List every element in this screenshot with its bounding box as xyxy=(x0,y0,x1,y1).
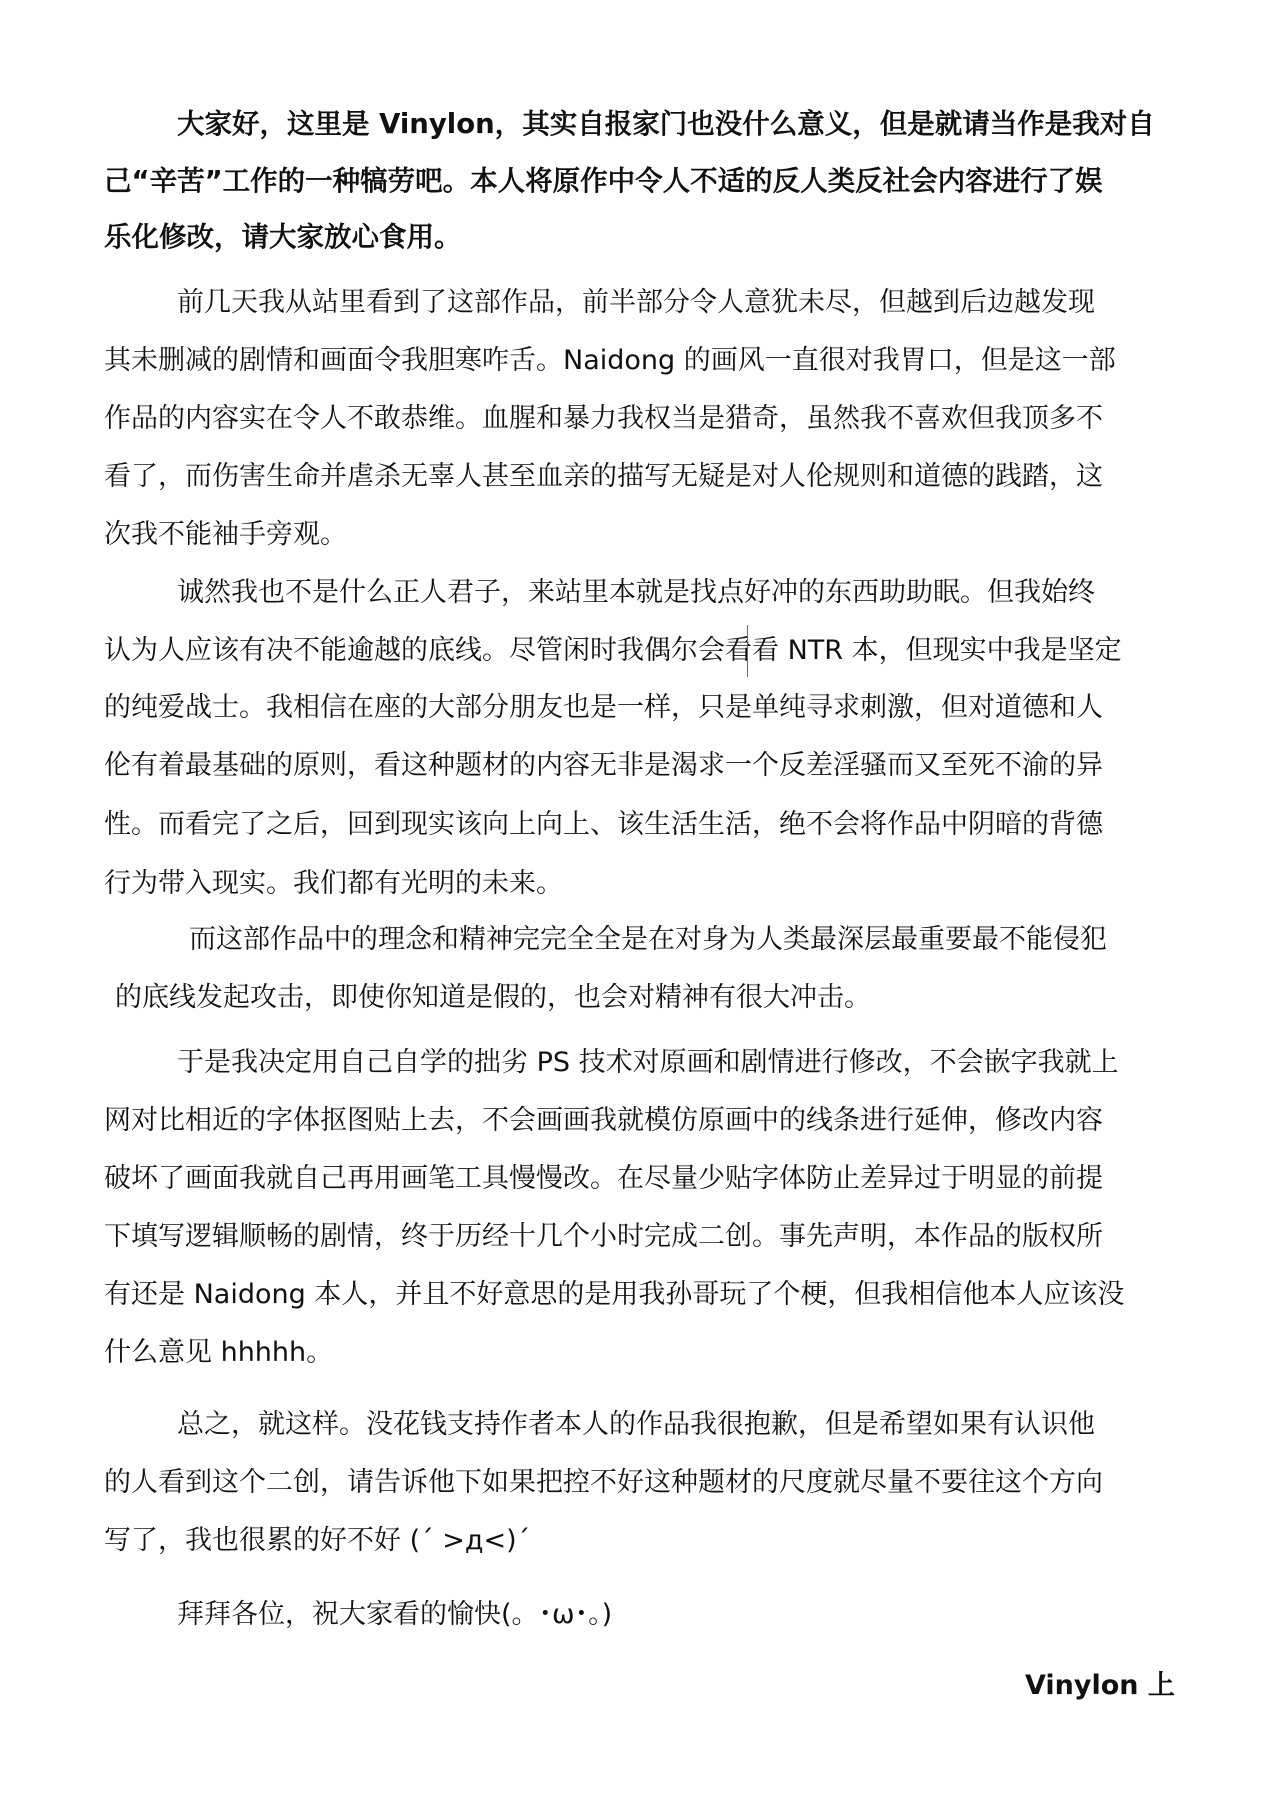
intro-line-1: 大家好，这里是 Vinylon，其实自报家门也没什么意义，但是就请当作是我对自 xyxy=(177,106,1155,142)
paragraph-5-line-1: 总之，就这样。没花钱支持作者本人的作品我很抱歉，但是希望如果有认识他 xyxy=(177,1407,1095,1443)
paragraph-4-line-3: 破坏了画面我就自己再用画笔工具慢慢改。在尽量少贴字体防止差异过于明显的前提 xyxy=(104,1161,1103,1197)
intro-line-2: 己“辛苦”工作的一种犒劳吧。本人将原作中令人不适的反人类反社会内容进行了娱 xyxy=(104,163,1103,199)
paragraph-4-line-6: 什么意见 hhhhh。 xyxy=(104,1335,333,1371)
paragraph-2-line-3: 的纯爱战士。我相信在座的大部分朋友也是一样，只是单纯寻求刺激，但对道德和人 xyxy=(104,690,1103,726)
paragraph-6-line-1: 拜拜各位，祝大家看的愉快(。･ω･。) xyxy=(177,1597,612,1633)
paragraph-5-line-3: 写了，我也很累的好不好 (ˊ >д<)ˊ xyxy=(104,1523,530,1559)
paragraph-3-line-2: 的底线发起攻击，即使你知道是假的，也会对精神有很大冲击。 xyxy=(115,980,871,1016)
document-page: 大家好，这里是 Vinylon，其实自报家门也没什么意义，但是就请当作是我对自 … xyxy=(0,0,1280,1810)
intro-line-3: 乐化修改，请大家放心食用。 xyxy=(104,219,462,255)
paragraph-4-line-2: 网对比相近的字体抠图贴上去，不会画画我就模仿原画中的线条进行延伸，修改内容 xyxy=(104,1103,1103,1139)
paragraph-1-line-1: 前几天我从站里看到了这部作品，前半部分令人意犹未尽，但越到后边越发现 xyxy=(177,285,1095,321)
paragraph-4-line-4: 下填写逻辑顺畅的剧情，终于历经十几个小时完成二创。事先声明，本作品的版权所 xyxy=(104,1219,1103,1255)
paragraph-4-line-1: 于是我决定用自己自学的拙劣 PS 技术对原画和剧情进行修改，不会嵌字我就上 xyxy=(177,1045,1119,1081)
paragraph-1-line-3: 作品的内容实在令人不敢恭维。血腥和暴力我权当是猎奇，虽然我不喜欢但我顶多不 xyxy=(104,401,1103,437)
paragraph-5-line-2: 的人看到这个二创，请告诉他下如果把控不好这种题材的尺度就尽量不要往这个方向 xyxy=(104,1465,1103,1501)
paragraph-1-line-4: 看了，而伤害生命并虐杀无辜人甚至血亲的描写无疑是对人伦规则和道德的践踏，这 xyxy=(104,459,1103,495)
paragraph-4-line-5: 有还是 Naidong 本人，并且不好意思的是用我孙哥玩了个梗，但我相信他本人应… xyxy=(104,1277,1124,1313)
paragraph-1-line-5: 次我不能袖手旁观。 xyxy=(104,517,347,553)
text-cursor xyxy=(747,625,748,677)
paragraph-2-line-4: 伦有着最基础的原则，看这种题材的内容无非是渴求一个反差淫骚而又至死不渝的异 xyxy=(104,748,1103,784)
signature: Vinylon 上 xyxy=(1025,1668,1175,1704)
paragraph-2-line-5: 性。而看完了之后，回到现实该向上向上、该生活生活，绝不会将作品中阴暗的背德 xyxy=(104,807,1103,843)
paragraph-2-line-1: 诚然我也不是什么正人君子，来站里本就是找点好冲的东西助助眠。但我始终 xyxy=(177,575,1095,611)
paragraph-3-line-1: 而这部作品中的理念和精神完完全全是在对身为人类最深层最重要最不能侵犯 xyxy=(189,922,1107,958)
paragraph-2-line-2: 认为人应该有决不能逾越的底线。尽管闲时我偶尔会看看 NTR 本，但现实中我是坚定 xyxy=(104,633,1122,669)
paragraph-2-line-6: 行为带入现实。我们都有光明的未来。 xyxy=(104,866,563,902)
paragraph-1-line-2: 其未删减的剧情和画面令我胆寒咋舌。Naidong 的画风一直很对我胃口，但是这一… xyxy=(104,343,1116,379)
